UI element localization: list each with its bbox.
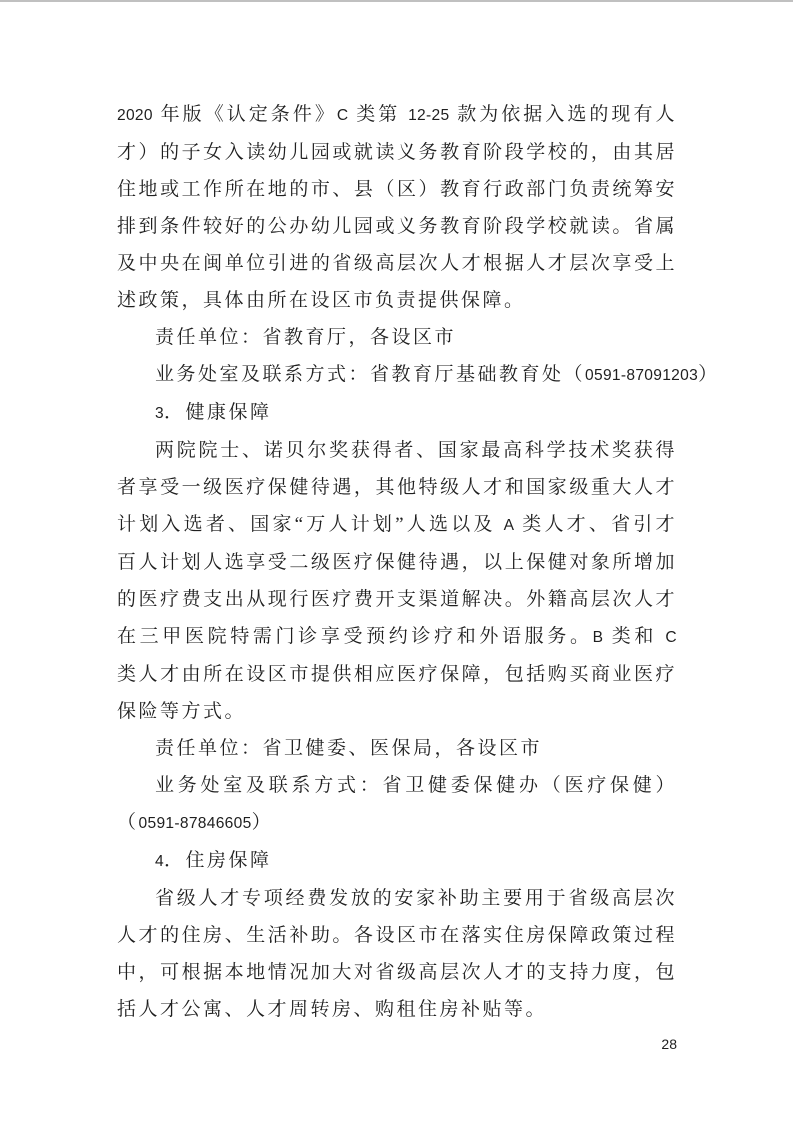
contact-line-health: 业务处室及联系方式：省卫健委保健办（医疗保健）（0591-87846605） (117, 767, 677, 842)
responsible-unit-line-health: 责任单位：省卫健委、医保局，各设区市 (117, 730, 677, 767)
document-page: 2020 年版《认定条件》C 类第 12-25 款为依据入选的现有人才）的子女入… (0, 0, 793, 1122)
responsible-unit-line-education: 责任单位：省教育厅，各设区市 (117, 319, 677, 356)
page-number: 28 (661, 1036, 677, 1052)
section-heading-health: 3．健康保障 (117, 394, 677, 432)
contact-line-education: 业务处室及联系方式：省教育厅基础教育处（0591-87091203） (117, 356, 677, 394)
page-content: 2020 年版《认定条件》C 类第 12-25 款为依据入选的现有人才）的子女入… (117, 96, 677, 1028)
paragraph-health-security: 两院院士、诺贝尔奖获得者、国家最高科学技术奖获得者享受一级医疗保健待遇，其他特级… (117, 432, 677, 730)
paragraph-housing-security: 省级人才专项经费发放的安家补助主要用于省级高层次人才的住房、生活补助。各设区市在… (117, 880, 677, 1028)
paragraph-education-continuation: 2020 年版《认定条件》C 类第 12-25 款为依据入选的现有人才）的子女入… (117, 96, 677, 319)
section-heading-housing: 4．住房保障 (117, 842, 677, 880)
